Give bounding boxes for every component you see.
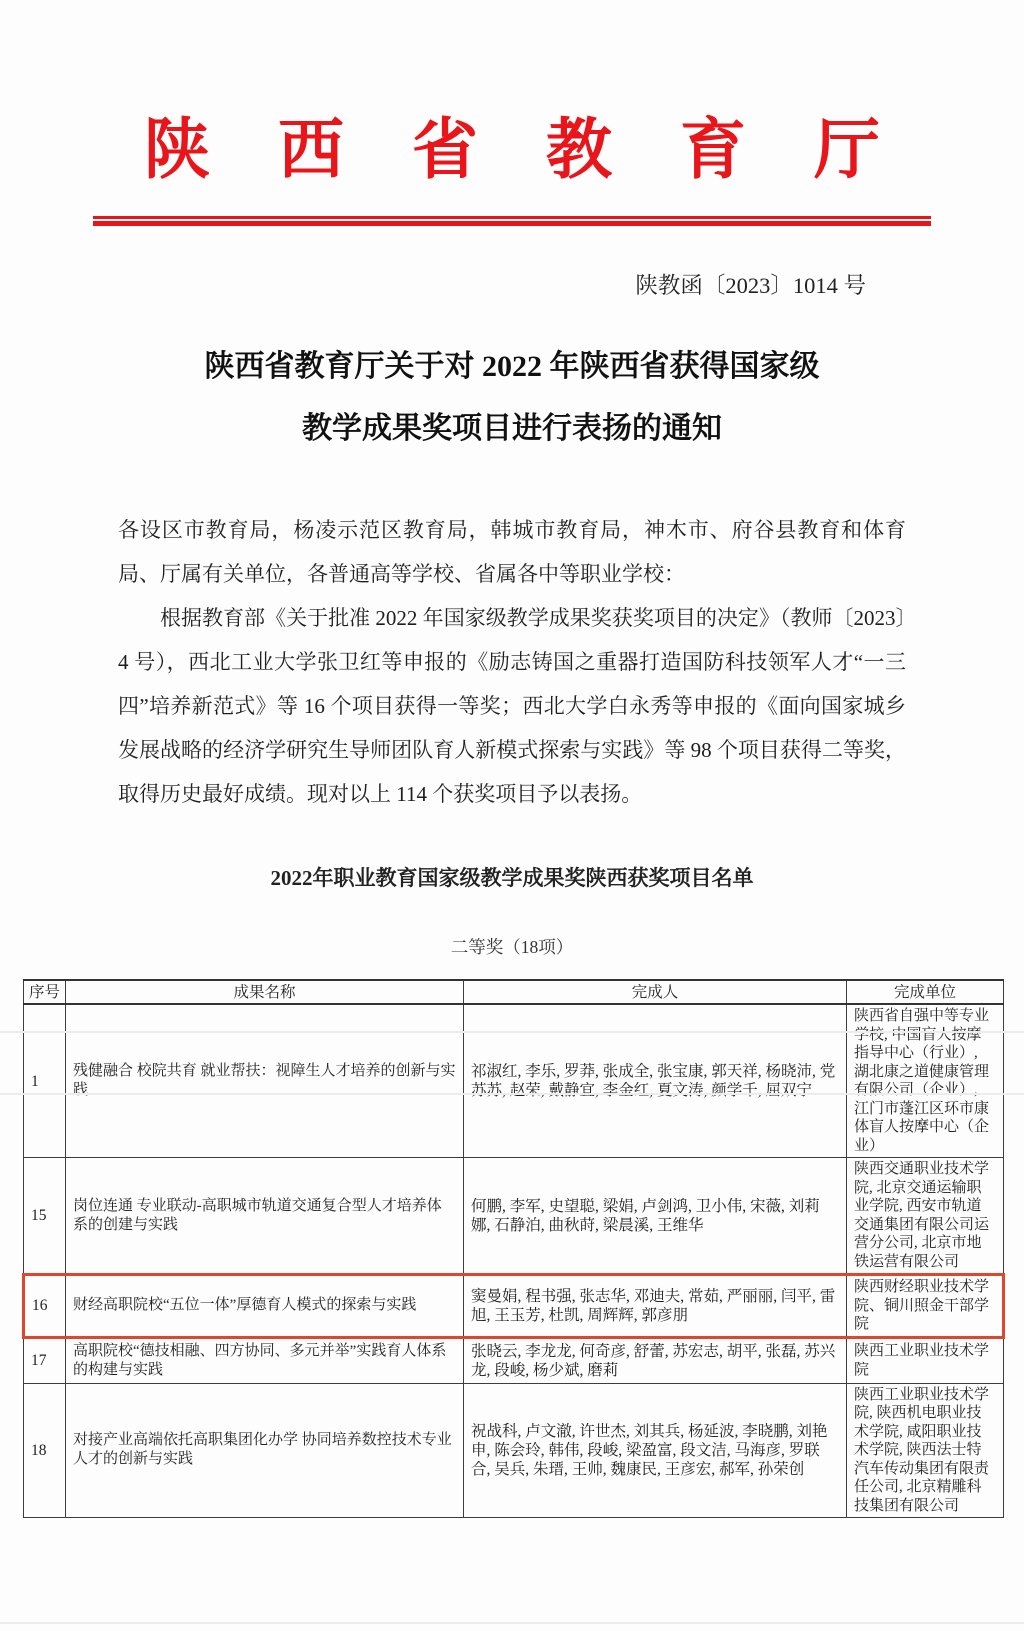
- cell-unit-list: 陕西工业职业技术学院: [847, 1337, 1004, 1383]
- cell-people-list: 窦曼娟, 程书强, 张志华, 邓迪夫, 常茹, 严丽丽, 闫平, 雷旭, 王玉芳…: [464, 1275, 847, 1338]
- cell-unit-list: 陕西工业职业技术学院, 陕西机电职业技术学院, 咸阳职业技术学院, 陕西法士特汽…: [847, 1383, 1004, 1518]
- cell-achievement-name: 财经高职院校“五位一体”厚德育人模式的探索与实践: [66, 1275, 464, 1338]
- column-header-units: 完成单位: [847, 980, 1004, 1004]
- agency-letterhead-title: 陕西省教育厅: [0, 0, 1024, 190]
- cell-achievement-name: 岗位连通 专业联动-高职城市轨道交通复合型人才培养体系的创建与实践: [66, 1158, 464, 1275]
- cell-unit-list: 陕西省自强中等专业学校, 中国盲人按摩指导中心（行业）, 湖北康之道健康管理有限…: [847, 1004, 1004, 1158]
- cell-serial-number: 1: [24, 1004, 66, 1158]
- table-row: 18 对接产业高端依托高职集团化办学 协同培养数控技术专业人才的创新与实践 祝战…: [24, 1383, 1004, 1518]
- body-paragraph-main: 根据教育部《关于批准 2022 年国家级教学成果奖获奖项目的决定》（教师〔202…: [118, 596, 906, 816]
- award-table: 序号 成果名称 完成人 完成单位 1 残健融合 校院共育 就业帮扶：视障生人才培…: [22, 979, 1005, 1518]
- table-body: 1 残健融合 校院共育 就业帮扶：视障生人才培养的创新与实践 祁淑红, 李乐, …: [24, 1004, 1004, 1518]
- cell-serial-number: 16: [24, 1275, 66, 1338]
- table-row-highlighted: 16 财经高职院校“五位一体”厚德育人模式的探索与实践 窦曼娟, 程书强, 张志…: [24, 1275, 1004, 1338]
- award-table-subtitle: 二等奖（18项）: [0, 934, 1024, 959]
- table-header-row: 序号 成果名称 完成人 完成单位: [24, 980, 1004, 1004]
- cell-serial-number: 18: [24, 1383, 66, 1518]
- column-header-serial: 序号: [24, 980, 66, 1004]
- notice-title-line1: 陕西省教育厅关于对 2022 年陕西省获得国家级: [0, 336, 1024, 398]
- cell-unit-list: 陕西财经职业技术学院、铜川照金干部学院: [847, 1275, 1004, 1338]
- body-paragraph-recipients: 各设区市教育局，杨凌示范区教育局，韩城市教育局，神木市、府谷县教育和体育局、厅属…: [118, 508, 906, 596]
- cell-people-list: 祝战科, 卢文澈, 许世杰, 刘其兵, 杨延波, 李晓鹏, 刘艳申, 陈会玲, …: [464, 1383, 847, 1518]
- cell-unit-list: 陕西交通职业技术学院, 北京交通运输职业学院, 西安市轨道交通集团有限公司运营分…: [847, 1158, 1004, 1275]
- cell-serial-number: 17: [24, 1337, 66, 1383]
- table-row: 1 残健融合 校院共育 就业帮扶：视障生人才培养的创新与实践 祁淑红, 李乐, …: [24, 1004, 1004, 1158]
- table-row: 17 高职院校“德技相融、四方协同、多元并举”实践育人体系的构建与实践 张晓云,…: [24, 1337, 1004, 1383]
- scan-seam-line: [0, 1622, 1024, 1624]
- cell-achievement-name: 残健融合 校院共育 就业帮扶：视障生人才培养的创新与实践: [66, 1004, 464, 1158]
- document-page: 陕西省教育厅 陕教函〔2023〕1014 号 陕西省教育厅关于对 2022 年陕…: [0, 0, 1024, 1631]
- cell-achievement-name: 高职院校“德技相融、四方协同、多元并举”实践育人体系的构建与实践: [66, 1337, 464, 1383]
- cell-people-list: 张晓云, 李龙龙, 何奇彦, 舒蕾, 苏宏志, 胡平, 张磊, 苏兴龙, 段峻,…: [464, 1337, 847, 1383]
- scan-seam-line: [0, 1031, 1024, 1033]
- cell-achievement-name: 对接产业高端依托高职集团化办学 协同培养数控技术专业人才的创新与实践: [66, 1383, 464, 1518]
- column-header-people: 完成人: [464, 980, 847, 1004]
- document-number: 陕教函〔2023〕1014 号: [0, 268, 1024, 300]
- notice-title-line2: 教学成果奖项目进行表扬的通知: [0, 398, 1024, 460]
- table-row: 15 岗位连通 专业联动-高职城市轨道交通复合型人才培养体系的创建与实践 何鹏,…: [24, 1158, 1004, 1275]
- letterhead-divider-rule: [93, 216, 931, 226]
- cell-people-list: 祁淑红, 李乐, 罗莽, 张成全, 张宝康, 郭天祥, 杨晓沛, 党苏苏, 赵荣…: [464, 1004, 847, 1158]
- cell-serial-number: 15: [24, 1158, 66, 1275]
- column-header-achievement: 成果名称: [66, 980, 464, 1004]
- cell-people-list: 何鹏, 李军, 史望聪, 梁娟, 卢剑鸿, 卫小伟, 宋薇, 刘莉娜, 石静泊,…: [464, 1158, 847, 1275]
- notice-title: 陕西省教育厅关于对 2022 年陕西省获得国家级 教学成果奖项目进行表扬的通知: [0, 336, 1024, 460]
- award-table-title: 2022年职业教育国家级教学成果奖陕西获奖项目名单: [0, 862, 1024, 892]
- notice-body: 各设区市教育局，杨凌示范区教育局，韩城市教育局，神木市、府谷县教育和体育局、厅属…: [118, 508, 906, 816]
- scan-seam-line: [0, 1093, 1024, 1095]
